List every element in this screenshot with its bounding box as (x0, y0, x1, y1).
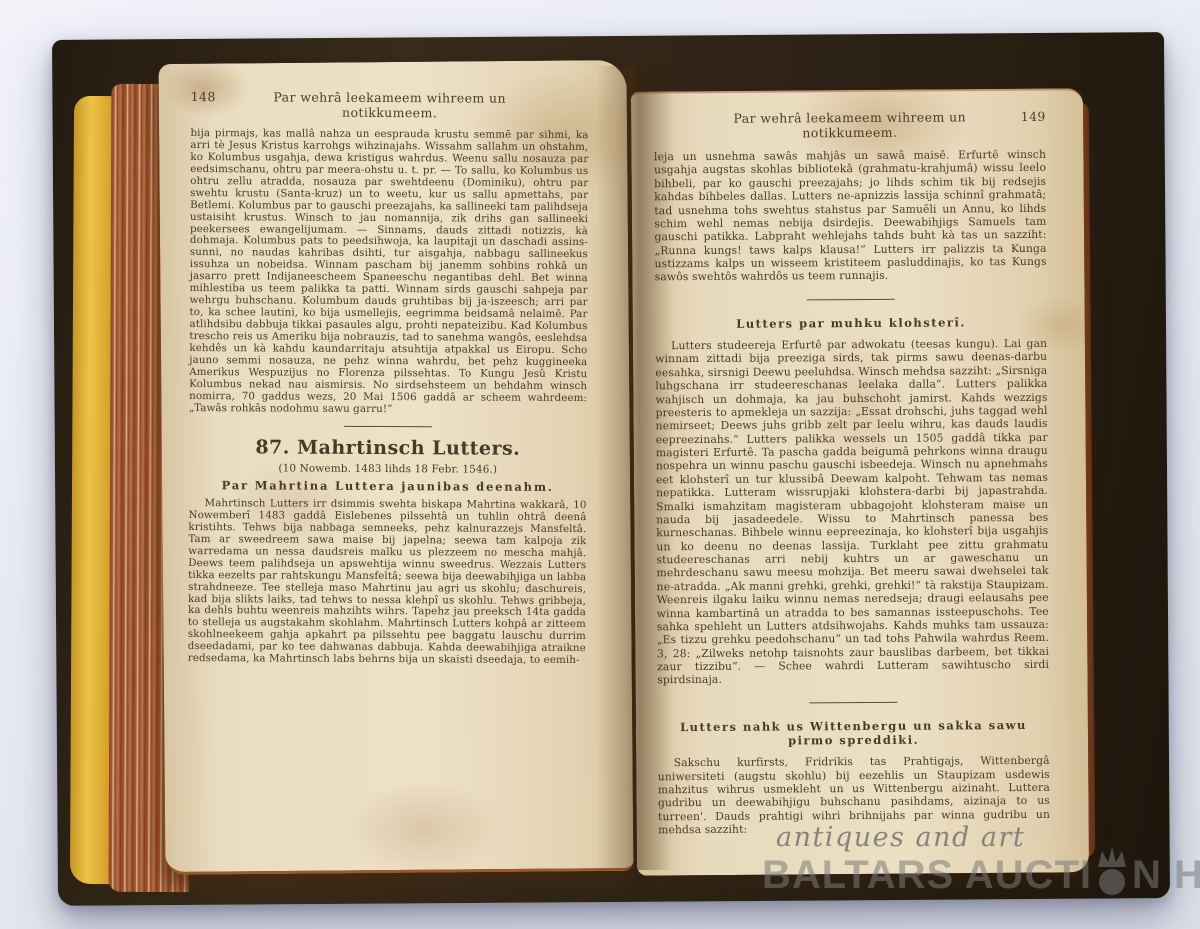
section-87-dates: (10 Nowemb. 1483 lihds 18 Febr. 1546.) (189, 462, 587, 476)
klohsteri-paragraph: Lutters studeereja Erfurtê par adwokatu … (655, 337, 1049, 687)
left-paragraph: Mahrtinsch Lutters irr dsimmis swehta bi… (188, 498, 587, 667)
right-page-content: Par wehrâ leekameem wihreem un notikkume… (654, 109, 1050, 837)
wittenberg-section-title: Lutters nahk us Wittenbergu un sakka saw… (671, 718, 1035, 749)
left-running-header: 148 Par wehrâ leekameem wihreem un notik… (191, 89, 589, 121)
left-continuation-paragraph: bija pirmajs, kas mallâ nahza un eesprau… (189, 128, 588, 417)
left-page-text: bija pirmajs, kas mallâ nahza un eesprau… (188, 128, 589, 667)
section-divider-rule (807, 299, 895, 301)
left-page-content: 148 Par wehrâ leekameem wihreem un notik… (188, 89, 589, 667)
section-divider-rule (344, 425, 432, 426)
right-running-header: Par wehrâ leekameem wihreem un notikkume… (654, 109, 1046, 141)
left-page: 148 Par wehrâ leekameem wihreem un notik… (158, 60, 633, 875)
right-page: Par wehrâ leekameem wihreem un notikkume… (631, 88, 1089, 876)
section-87-title: 87. Mahrtinsch Lutters. (189, 436, 587, 460)
photo-of-open-antique-book: { "left_page": { "page_number": "148", "… (0, 0, 1200, 929)
klohsteri-section-title: Lutters par muhku klohsterî. (669, 315, 1033, 331)
wittenberg-paragraph: Sakschu kurfirsts, Fridrikis tas Prahtig… (658, 754, 1050, 837)
section-divider-rule (809, 702, 897, 704)
section-87-subtitle: Par Mahrtina Luttera jaunibas deenahm. (189, 479, 587, 494)
right-continuation-paragraph: leja un usnehma sawâs mahjâs un sawâ mai… (654, 148, 1047, 284)
book-gutter-shadow (596, 66, 674, 870)
left-running-head-title: Par wehrâ leekameem wihreem un notikkume… (235, 89, 545, 121)
right-page-text: leja un usnehma sawâs mahjâs un sawâ mai… (654, 148, 1050, 837)
right-page-number: 149 (1002, 109, 1046, 124)
right-running-head-title: Par wehrâ leekameem wihreem un notikkume… (698, 109, 1002, 141)
left-page-number: 148 (191, 89, 235, 104)
